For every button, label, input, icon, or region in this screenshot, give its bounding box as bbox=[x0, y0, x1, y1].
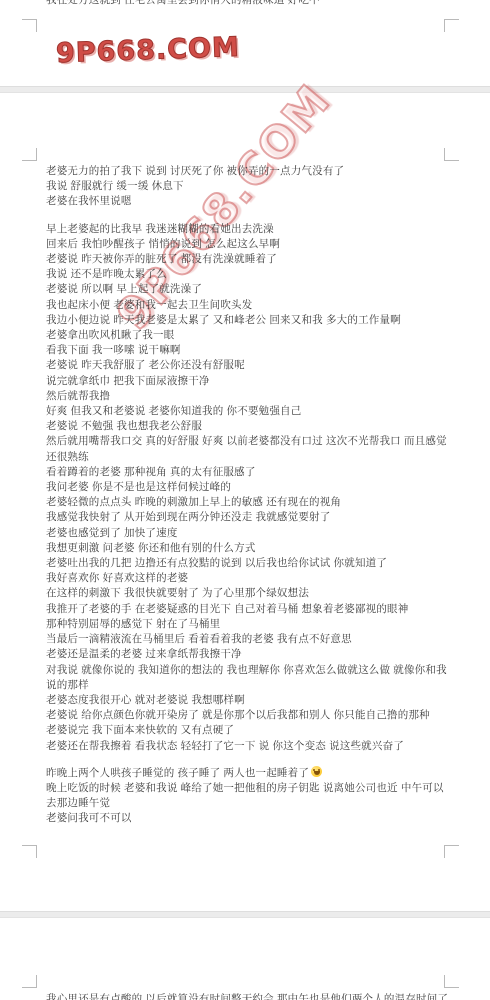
paragraph: 昨晚上两个人哄孩子睡觉的 孩子睡了 两人也一起睡着了晚上吃饭的时候 老婆和我说 … bbox=[46, 766, 448, 827]
crop-mark-top-left bbox=[22, 148, 37, 161]
text-line: 我问老婆 你是不是也是这样伺候过峰的 bbox=[46, 480, 448, 495]
text-line: 老婆说 不勉强 我也想我老公舒服 bbox=[46, 419, 448, 434]
text-line: 老婆还在帮我擦着 看我状态 轻轻打了它一下 说 你这个变态 说这些就兴奋了 bbox=[46, 739, 448, 754]
crop-mark-top-right bbox=[444, 148, 459, 161]
page-separator bbox=[0, 911, 490, 918]
crop-mark-top-left bbox=[22, 975, 37, 988]
text-line: 老婆说 昨天被你弄的脏死了 都没有洗澡就睡着了 bbox=[46, 252, 448, 267]
page-separator bbox=[0, 86, 490, 93]
text-line: 我好喜欢你 好喜欢这样的老婆 bbox=[46, 571, 448, 586]
text-line: 对我说 就像你说的 我知道你的想法的 我也理解你 你喜欢怎么做就这么做 就像你和… bbox=[46, 663, 448, 693]
text-line: 然后就帮我撸 bbox=[46, 389, 448, 404]
page-2: 9P668.COM 老婆无力的拍了我下 说到 讨厌死了你 被你弄的一点力气没有了… bbox=[0, 93, 490, 911]
text-line: 老婆说 所以啊 早上起了就洗澡了 bbox=[46, 282, 448, 297]
text-line: 然后就用嘴帮我口交 真的好舒服 好爽 以前老婆都没有口过 这次不光帮我口 而且感… bbox=[46, 434, 448, 464]
text-line: 老婆无力的拍了我下 说到 讨厌死了你 被你弄的一点力气没有了 bbox=[46, 164, 448, 179]
text-line: 我说 还不是昨晚太累了么 bbox=[46, 267, 448, 282]
text-line: 老婆在我怀里说嗯 bbox=[46, 194, 448, 209]
page3-first-line: 我心里还是有点酸的 以后就算没有时间整天约会 那中午也是他们两个人的温存时间了 bbox=[46, 992, 456, 1000]
text-line: 晚上吃饭的时候 老婆和我说 峰给了她一把他租的房子钥匙 说离她公司也近 中午可以… bbox=[46, 781, 448, 811]
text-line: 我想更刺激 问老婆 你还和他有别的什么方式 bbox=[46, 541, 448, 556]
text-line: 老婆也感觉到了 加快了速度 bbox=[46, 526, 448, 541]
text-line: 老婆还是温柔的老婆 过来拿纸帮我擦干净 bbox=[46, 647, 448, 662]
text-line: 老婆拿出吹风机瞅了我一眼 bbox=[46, 328, 448, 343]
text-line: 早上老婆起的比我早 我迷迷糊糊的看她出去洗澡 bbox=[46, 222, 448, 237]
text-line: 昨晚上两个人哄孩子睡觉的 孩子睡了 两人也一起睡着了 bbox=[46, 766, 448, 781]
page-1: 我在处方这就到 住宅公寓里会到你情人的精液味道 好吃不 9P668.COM bbox=[0, 0, 490, 86]
text-line: 我边小便边说 昨天我老婆是太累了 又和峰老公 回来又和我 多大的工作量啊 bbox=[46, 313, 448, 328]
text-line: 说完就拿纸巾 把我下面尿液擦干净 bbox=[46, 374, 448, 389]
text-line: 看我下面 我一哆嗦 说干嘛啊 bbox=[46, 343, 448, 358]
text-line: 在这样的刺激下 我很快就要射了 为了心里那个绿奴想法 bbox=[46, 586, 448, 601]
site-logo: 9P668.COM bbox=[56, 32, 241, 69]
text-line: 看着蹲着的老婆 那种视角 真的太有征服感了 bbox=[46, 465, 448, 480]
page-3: 我心里还是有点酸的 以后就算没有时间整天约会 那中午也是他们两个人的温存时间了 bbox=[0, 918, 490, 1000]
crop-mark-bottom-right bbox=[444, 845, 459, 858]
text-line: 那种特别屈辱的感觉下 射在了马桶里 bbox=[46, 617, 448, 632]
crop-mark-bottom-left bbox=[22, 19, 37, 32]
crop-mark-top-right bbox=[444, 975, 459, 988]
page1-last-line: 我在处方这就到 住宅公寓里会到你情人的精液味道 好吃不 bbox=[46, 0, 456, 8]
text-line: 我也起床小便 老婆和我一起去卫生间吹头发 bbox=[46, 298, 448, 313]
text-line: 老婆说 给你点颜色你就开染房了 就是你那个以后我都和别人 你只能自己撸的那种 bbox=[46, 708, 448, 723]
paragraph: 早上老婆起的比我早 我迷迷糊糊的看她出去洗澡回来后 我怕吵醒孩子 悄悄的说到 怎… bbox=[46, 222, 448, 754]
text-line: 我说 舒服就行 缓一缓 休息下 bbox=[46, 179, 448, 194]
paragraph: 老婆无力的拍了我下 说到 讨厌死了你 被你弄的一点力气没有了我说 舒服就行 缓一… bbox=[46, 164, 448, 210]
page2-text: 老婆无力的拍了我下 说到 讨厌死了你 被你弄的一点力气没有了我说 舒服就行 缓一… bbox=[46, 164, 448, 827]
text-line: 好爽 但我又和老婆说 老婆你知道我的 你不要勉强自己 bbox=[46, 404, 448, 419]
crop-mark-bottom-left bbox=[22, 845, 37, 858]
text-line: 我感觉我快射了 从开始到现在两分钟还没走 我就感觉要射了 bbox=[46, 510, 448, 525]
text-line: 我推开了老婆的手 在老婆疑惑的目光下 自己对着马桶 想象着老婆鄙视的眼神 bbox=[46, 602, 448, 617]
text-line: 回来后 我怕吵醒孩子 悄悄的说到 怎么起这么早啊 bbox=[46, 237, 448, 252]
document-view: 我在处方这就到 住宅公寓里会到你情人的精液味道 好吃不 9P668.COM 9P… bbox=[0, 0, 490, 1000]
text-line: 老婆说完 我下面本来快软的 又有点硬了 bbox=[46, 723, 448, 738]
text-line: 老婆问我可不可以 bbox=[46, 811, 448, 826]
laughing-emoji-icon bbox=[311, 766, 322, 777]
text-line: 老婆吐出我的几把 边撸还有点狡黠的说到 以后我也给你试试 你就知道了 bbox=[46, 556, 448, 571]
text-line: 当最后一滴精液流在马桶里后 看着看着我的老婆 我有点不好意思 bbox=[46, 632, 448, 647]
text-line: 老婆轻微的点点头 昨晚的刺激加上早上的敏感 还有现在的视角 bbox=[46, 495, 448, 510]
crop-mark-bottom-right bbox=[444, 19, 459, 32]
text-line: 老婆说 昨天我舒服了 老公你还没有舒服呢 bbox=[46, 358, 448, 373]
text-line: 老婆态度我很开心 就对老婆说 我想哪样啊 bbox=[46, 693, 448, 708]
